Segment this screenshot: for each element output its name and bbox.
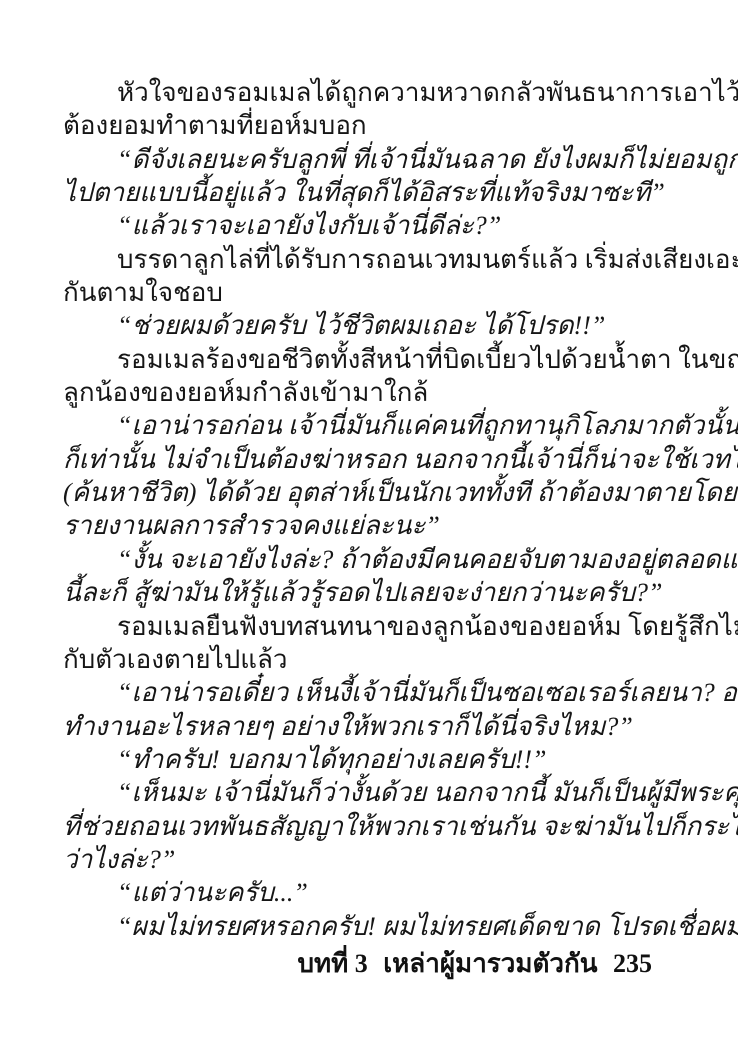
page-text-block: หัวใจของรอมเมลได้ถูกความหวาดกลัวพันธนากา…	[63, 76, 656, 943]
text-line: ลูกน้องของยอห์มกำลังเข้ามาใกล้	[63, 376, 656, 409]
text-line: รอมเมลร้องขอชีวิตทั้งสีหน้าที่บิดเบี้ยวไ…	[63, 343, 656, 376]
text-line: ทำงานอะไรหลายๆ อย่างให้พวกเราก็ได้นี่จริ…	[63, 710, 656, 743]
chapter-title: เหล่าผู้มารวมตัวกัน	[383, 949, 597, 978]
text-line: ก็เท่านั้น ไม่จำเป็นต้องฆ่าหรอก นอกจากนี…	[63, 443, 656, 476]
text-line: กันตามใจชอบ	[63, 276, 656, 309]
text-line: “งั้น จะเอายังไงล่ะ? ถ้าต้องมีคนคอยจับตา…	[63, 543, 656, 576]
chapter-label: บทที่ 3	[297, 949, 367, 978]
text-line: ว่าไงล่ะ?”	[63, 843, 656, 876]
text-line: กับตัวเองตายไปแล้ว	[63, 643, 656, 676]
text-line: รายงานผลการสำรวจคงแย่ละนะ”	[63, 509, 656, 542]
text-line: “เอาน่ารอเดี๋ยว เห็นงี้เจ้านี่มันก็เป็นซ…	[63, 676, 656, 709]
text-line: ที่ช่วยถอนเวทพันธสัญญาให้พวกเราเช่นกัน จ…	[63, 810, 656, 843]
text-line: “ช่วยผมด้วยครับ ไว้ชีวิตผมเถอะ ได้โปรด!!…	[63, 309, 656, 342]
text-line: ไปตายแบบนี้อยู่แล้ว ในที่สุดก็ได้อิสระที…	[63, 176, 656, 209]
text-line: รอมเมลยืนฟังบทสนทนาของลูกน้องของยอห์ม โด…	[63, 610, 656, 643]
text-line: นี้ละก็ สู้ฆ่ามันให้รู้แล้วรู้รอดไปเลยจะ…	[63, 576, 656, 609]
text-line: “ทำครับ! บอกมาได้ทุกอย่างเลยครับ!!”	[63, 743, 656, 776]
text-line: ต้องยอมทำตามที่ยอห์มบอก	[63, 109, 656, 142]
text-line: “เอาน่ารอก่อน เจ้านี่มันก็แค่คนที่ถูกทาน…	[63, 409, 656, 442]
page-footer: บทที่ 3 เหล่าผู้มารวมตัวกัน 235	[297, 949, 652, 979]
text-line: บรรดาลูกไล่ที่ได้รับการถอนเวทมนตร์แล้ว เ…	[63, 243, 656, 276]
page-number: 235	[613, 949, 652, 978]
text-line: “แล้วเราจะเอายังไงกับเจ้านี่ดีล่ะ?”	[63, 209, 656, 242]
text-line: “แต่ว่านะครับ...”	[63, 876, 656, 909]
text-line: “ดีจังเลยนะครับลูกพี่ ที่เจ้านี่มันฉลาด …	[63, 143, 656, 176]
text-line: “เห็นมะ เจ้านี่มันก็ว่างั้นด้วย นอกจากนี…	[63, 776, 656, 809]
text-line: “ผมไม่ทรยศหรอกครับ! ผมไม่ทรยศเด็ดขาด โปร…	[63, 910, 656, 943]
text-line: หัวใจของรอมเมลได้ถูกความหวาดกลัวพันธนากา…	[63, 76, 656, 109]
text-line: (ค้นหาชีวิต) ได้ด้วย อุตส่าห์เป็นนักเวทท…	[63, 476, 656, 509]
book-page: หัวใจของรอมเมลได้ถูกความหวาดกลัวพันธนากา…	[0, 0, 738, 1051]
